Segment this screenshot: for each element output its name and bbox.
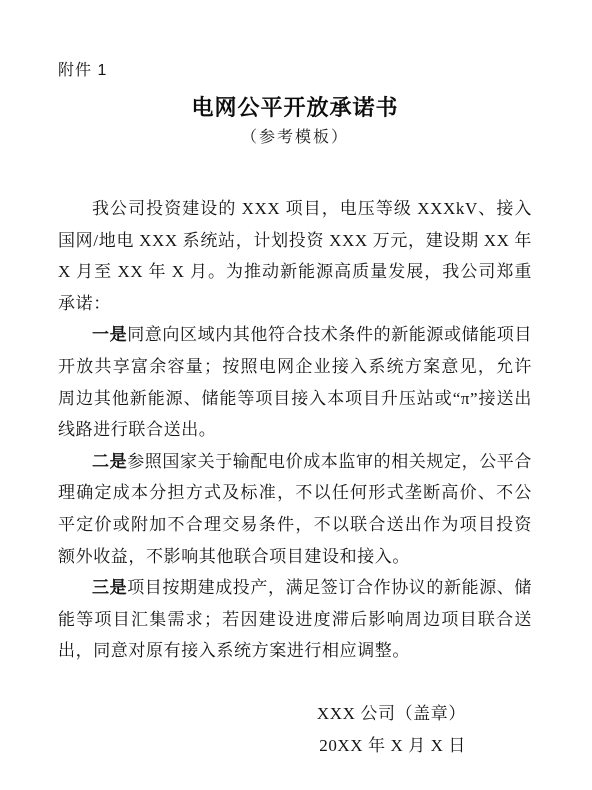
paragraph-lead: 一是: [92, 325, 127, 344]
paragraph-commitment-1: 一是同意向区域内其他符合技术条件的新能源或储能项目开放共享富余容量；按照电网企业…: [58, 319, 532, 445]
attachment-label: 附件 1: [58, 60, 532, 82]
document-page: 附件 1 电网公平开放承诺书 （参考模板） 我公司投资建设的 XXX 项目，电压…: [0, 0, 592, 790]
paragraph-lead: 二是: [92, 452, 127, 471]
paragraph-commitment-2: 二是参照国家关于输配电价成本监审的相关规定，公平合理确定成本分担方式及标准，不以…: [58, 446, 532, 572]
paragraph-text: 参照国家关于输配电价成本监审的相关规定，公平合理确定成本分担方式及标准，不以任何…: [58, 452, 532, 566]
signature-company: XXX 公司（盖章）: [58, 698, 466, 730]
paragraph-lead: 三是: [92, 578, 127, 597]
paragraph-intro: 我公司投资建设的 XXX 项目，电压等级 XXXkV、接入国网/地电 XXX 系…: [58, 193, 532, 319]
paragraph-text: 同意向区域内其他符合技术条件的新能源或储能项目开放共享富余容量；按照电网企业接入…: [58, 325, 532, 439]
paragraph-text: 项目按期建成投产，满足签订合作协议的新能源、储能等项目汇集需求；若因建设进度滞后…: [58, 578, 532, 660]
document-body: 我公司投资建设的 XXX 项目，电压等级 XXXkV、接入国网/地电 XXX 系…: [58, 193, 532, 667]
signature-date: 20XX 年 X 月 X 日: [58, 730, 466, 762]
paragraph-commitment-3: 三是项目按期建成投产，满足签订合作协议的新能源、储能等项目汇集需求；若因建设进度…: [58, 572, 532, 667]
signature-block: XXX 公司（盖章） 20XX 年 X 月 X 日: [58, 698, 532, 761]
document-subtitle: （参考模板）: [58, 127, 532, 149]
document-title: 电网公平开放承诺书: [58, 93, 532, 123]
paragraph-text: 我公司投资建设的 XXX 项目，电压等级 XXXkV、接入国网/地电 XXX 系…: [58, 199, 532, 313]
